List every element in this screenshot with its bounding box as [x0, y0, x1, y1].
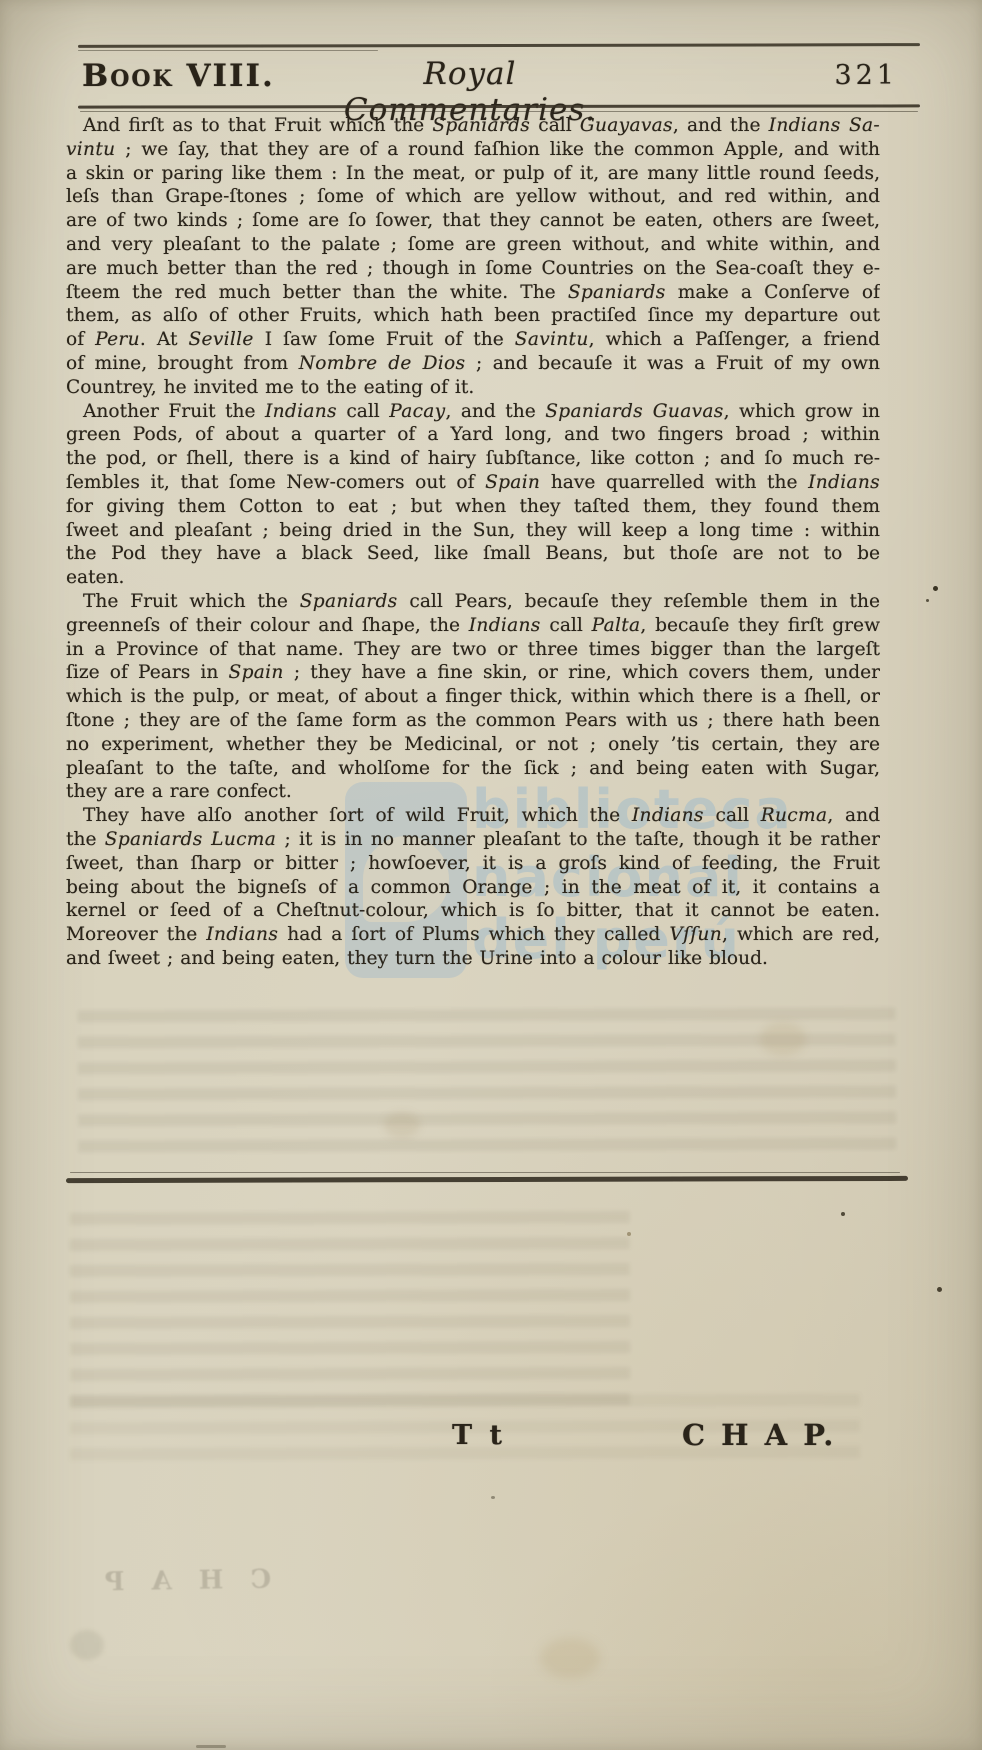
body-line: are of two kinds ; ſome are ſo ſower, th…	[66, 209, 880, 233]
body-line: The Fruit which the Spaniards call Pears…	[66, 590, 880, 614]
body-line: a skin or paring like them : In the meat…	[66, 162, 880, 186]
body-line: kernel or ſeed of a Cheſtnut-colour, whi…	[66, 899, 880, 923]
body-line: Moreover the Indians had a ſort of Plums…	[66, 923, 880, 947]
ink-speck	[937, 1287, 942, 1292]
body-line: leſs than Grape-ſtones ; ſome of which a…	[66, 185, 880, 209]
header-rule-echo	[80, 111, 918, 112]
catchword: C H A P.	[682, 1418, 836, 1452]
body-line: for giving them Cotton to eat ; but when…	[66, 495, 880, 519]
paper-stain	[760, 1022, 806, 1056]
body-line: Another Fruit the Indians call Pacay, an…	[66, 400, 880, 424]
body-line: They have alſo another ſort of wild Frui…	[66, 804, 880, 828]
book-label: Book VIII.	[82, 58, 275, 94]
paragraph: They have alſo another ſort of wild Frui…	[66, 804, 880, 971]
body-line: they are a rare confect.	[66, 780, 880, 804]
body-line: eaten.	[66, 566, 880, 590]
pencil-mark	[70, 1630, 104, 1660]
body-line: ſweet, than ſharp or bitter ; howſoever,…	[66, 852, 880, 876]
body-line: of mine, brought from Nombre de Dios ; a…	[66, 352, 880, 376]
header-rule	[78, 104, 920, 108]
paragraph: And firſt as to that Fruit which the Spa…	[66, 114, 880, 400]
body-line: And firſt as to that Fruit which the Spa…	[66, 114, 880, 138]
body-line: the Pod they have a black Seed, like ſma…	[66, 542, 880, 566]
paragraph: The Fruit which the Spaniards call Pears…	[66, 590, 880, 804]
body-line: ſembles it, that ſome New-comers out of …	[66, 471, 880, 495]
body-line: and very pleaſant to the palate ; ſome a…	[66, 233, 880, 257]
body-text: And firſt as to that Fruit which the Spa…	[66, 114, 880, 971]
signature-mark: T t	[452, 1420, 506, 1451]
body-line: pleaſant to the taſte, and wholſome for …	[66, 757, 880, 781]
body-line: ſtone ; they are of the ſame form as the…	[66, 709, 880, 733]
top-rule	[78, 43, 920, 48]
body-line: in a Province of that name. They are two…	[66, 638, 880, 662]
body-line: Countrey, he invited me to the eating of…	[66, 376, 880, 400]
show-through-text	[78, 1001, 897, 1164]
body-line: greenneſs of their colour and ſhape, the…	[66, 614, 880, 638]
show-through-text	[70, 1204, 631, 1416]
body-line: vintu ; we ſay, that they are of a round…	[66, 138, 880, 162]
body-line: the pod, or ſhell, there is a kind of ha…	[66, 447, 880, 471]
section-rule	[66, 1176, 908, 1183]
body-line: ſteem the red much better than the white…	[66, 281, 880, 305]
body-line: ſize of Pears in Spain ; they have a fin…	[66, 661, 880, 685]
body-line: being about the bigneſs of a common Oran…	[66, 876, 880, 900]
paper-stain	[384, 1112, 420, 1138]
book-page-scan: Book VIII. Royal Commentaries. 321 bibli…	[0, 0, 982, 1750]
body-line: ſweet and pleaſant ; being dried in the …	[66, 519, 880, 543]
edge-mark	[196, 1745, 226, 1748]
show-through-catchword: C H A P	[96, 1564, 272, 1597]
ink-speck	[841, 1212, 845, 1216]
paragraph: Another Fruit the Indians call Pacay, an…	[66, 400, 880, 590]
section-rule-echo	[70, 1172, 900, 1173]
ink-speck	[491, 1496, 495, 1499]
body-line: which is the pulp, or meat, of about a f…	[66, 685, 880, 709]
body-line: no experiment, whether they be Medicinal…	[66, 733, 880, 757]
page-number: 321	[834, 60, 898, 91]
paper-stain	[540, 1638, 600, 1678]
ink-speck	[926, 599, 929, 602]
body-line: green Pods, of about a quarter of a Yard…	[66, 423, 880, 447]
body-line: and ſweet ; and being eaten, they turn t…	[66, 947, 880, 971]
body-line: are much better than the red ; though in…	[66, 257, 880, 281]
top-rule-echo	[78, 50, 378, 51]
foxing-spot	[627, 1232, 631, 1236]
body-line: the Spaniards Lucma ; it is in no manner…	[66, 828, 880, 852]
body-line: of Peru. At Seville I ſaw ſome Fruit of …	[66, 328, 880, 352]
body-line: them, as alſo of other Fruits, which hat…	[66, 304, 880, 328]
ink-speck	[933, 586, 938, 591]
